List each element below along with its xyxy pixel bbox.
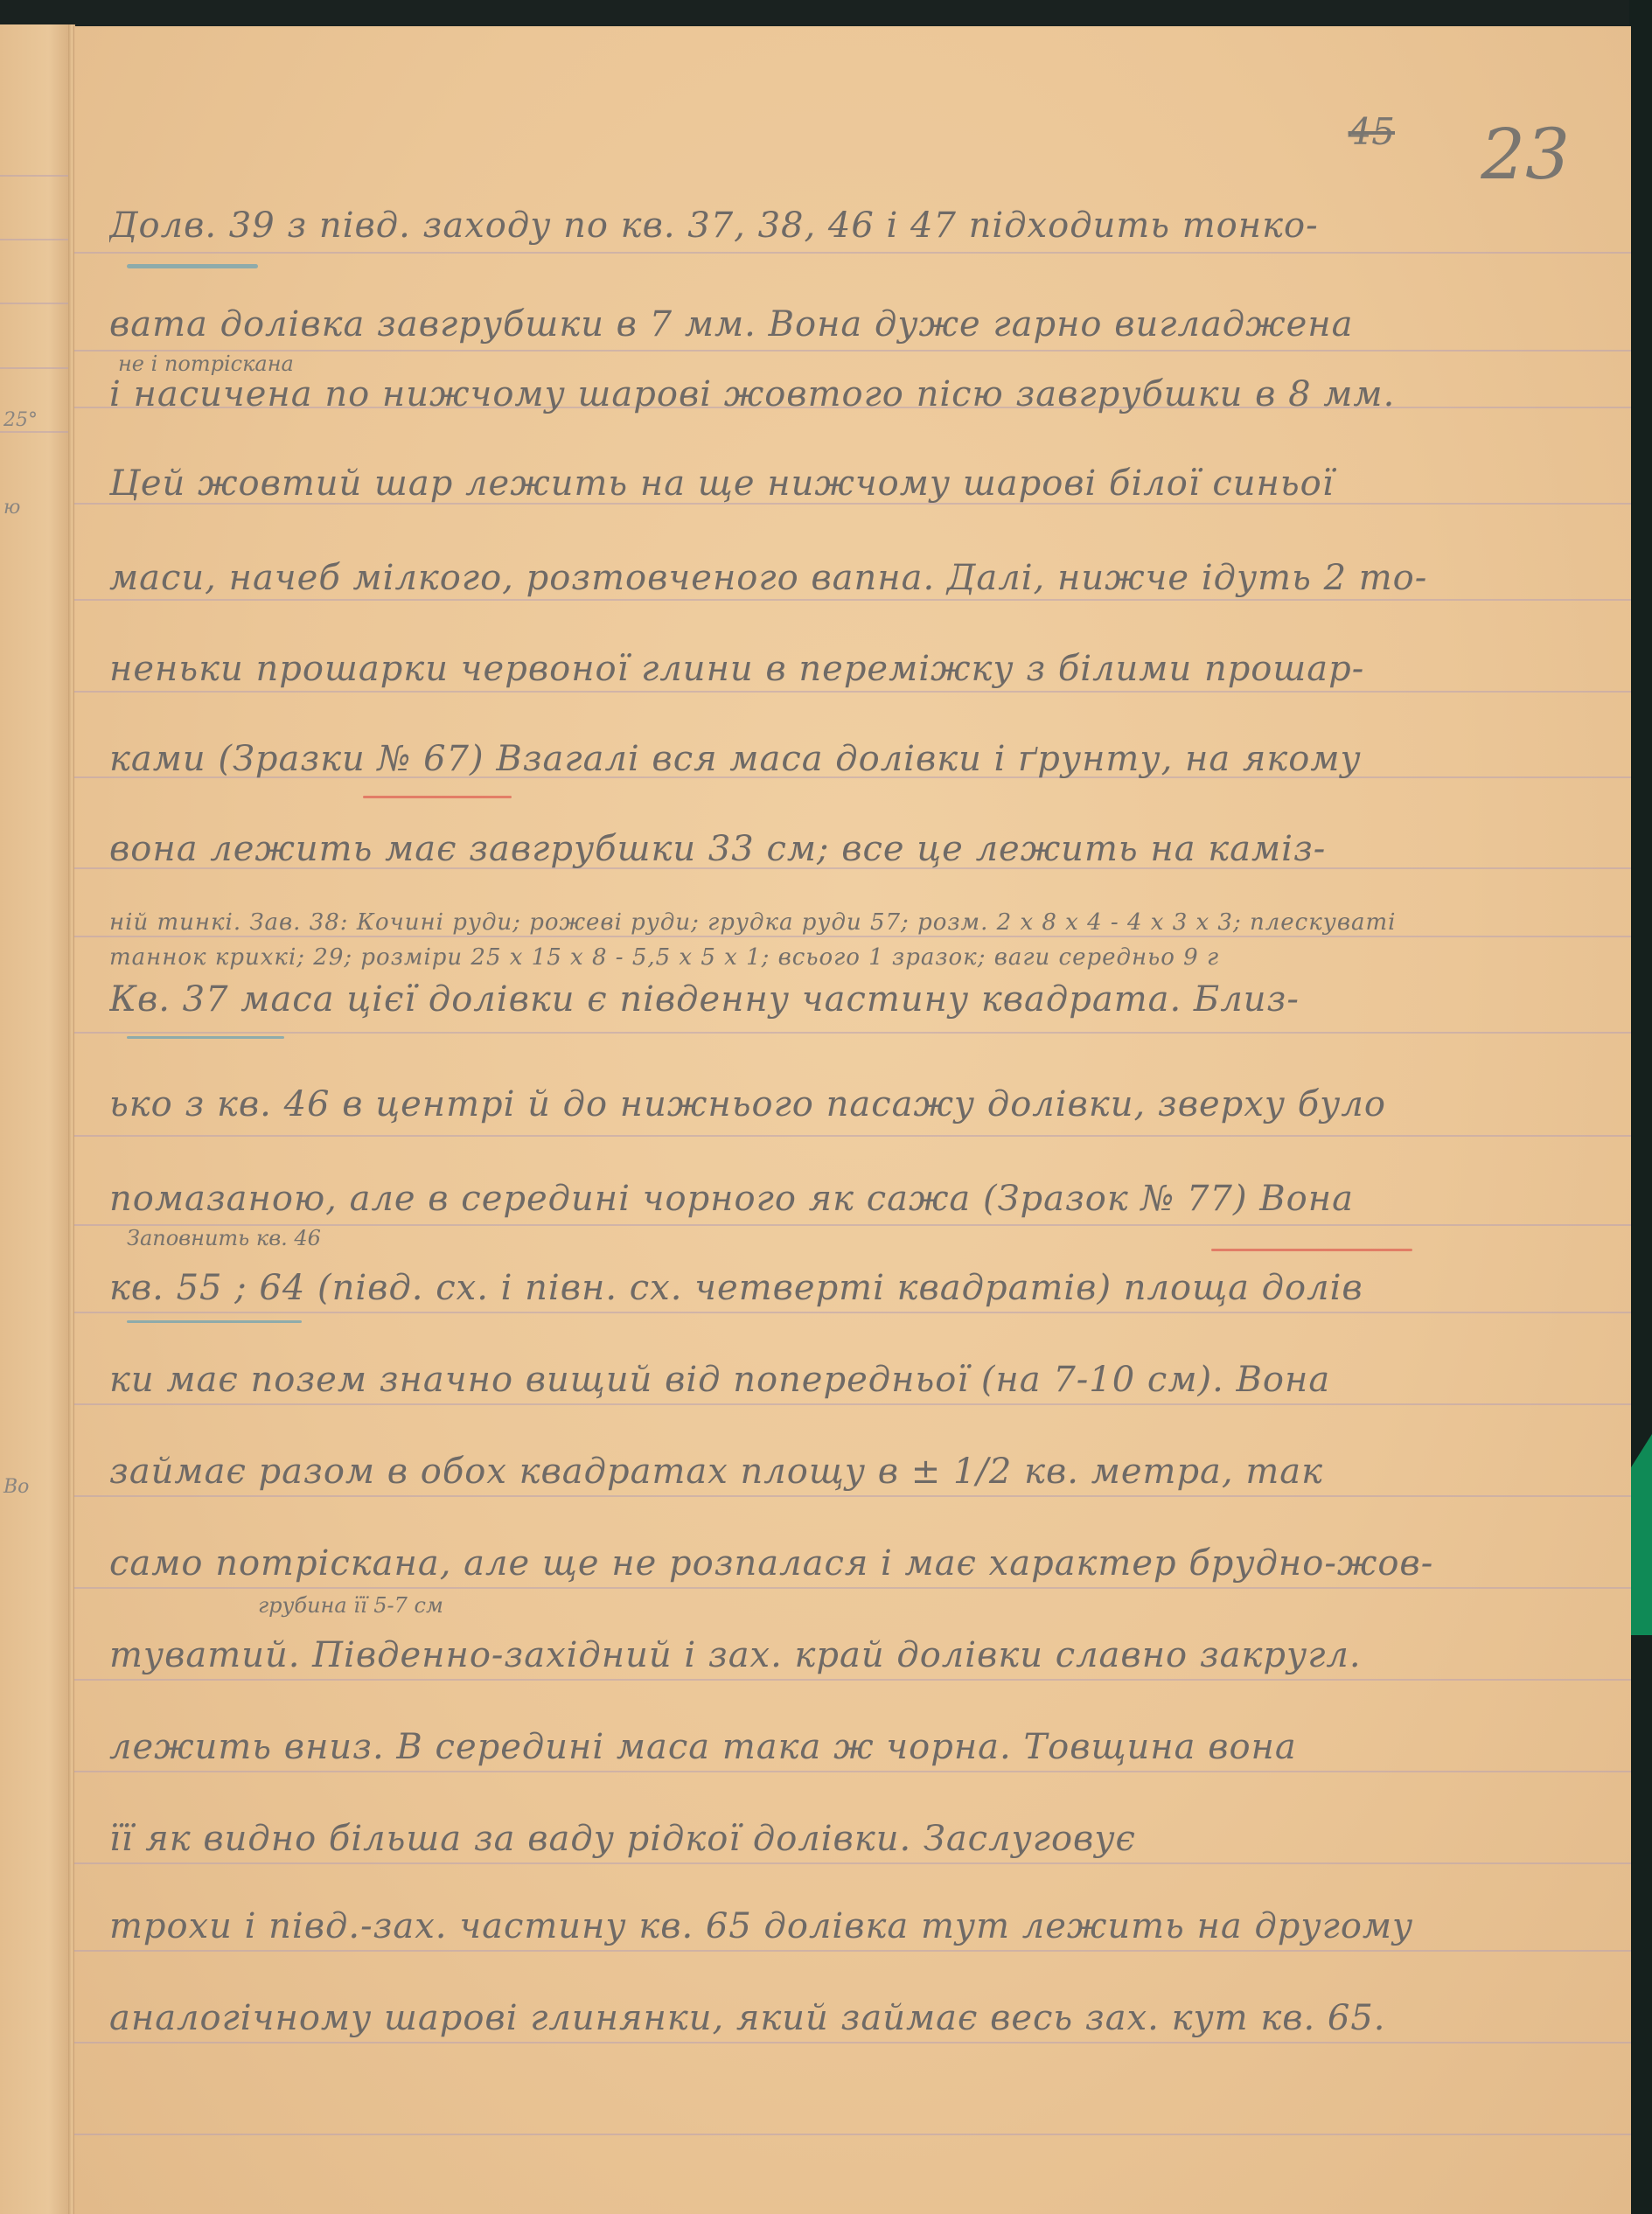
ruled-line [74, 1312, 1631, 1313]
ruled-line [74, 1032, 1631, 1034]
notebook-page: 45 23 Долв. 39 з півд. заходу по кв. 37,… [73, 26, 1631, 2214]
ruled-line [74, 252, 1631, 254]
ruled-line [74, 1950, 1631, 1952]
facing-page-edge: 25° ю Во [0, 24, 70, 2214]
text-line: ько з кв. 46 в центрі й до нижнього паса… [109, 1084, 1596, 1124]
text-line: трохи і півд.-зах. частину кв. 65 долівк… [109, 1906, 1596, 1946]
text-line: аналогічному шарові глинянки, який займа… [109, 1998, 1596, 2038]
old-page-number: 45 [1349, 110, 1395, 153]
ruled-line [0, 239, 70, 240]
ruled-line [74, 1771, 1631, 1772]
text-line: ками (Зразки № 67) Взагалі вся маса долі… [109, 739, 1596, 779]
text-line: ки має позем значно вищий від попередньо… [109, 1360, 1596, 1400]
text-line: Кв. 37 маса цієї долівки є південну част… [109, 979, 1596, 1020]
margin-fragment: ю [3, 497, 20, 519]
interlinear-note: Заповнить кв. 46 [127, 1226, 321, 1250]
page-number: 23 [1481, 114, 1570, 195]
ruled-line [74, 691, 1631, 693]
ruled-line [0, 367, 70, 369]
ruled-line [74, 1587, 1631, 1589]
ruled-line [0, 303, 70, 304]
scan-background-top [0, 0, 1652, 30]
blue-underline [127, 1320, 302, 1323]
text-line: її як видно більша за ваду рідкої долівк… [109, 1819, 1596, 1859]
text-line: кв. 55 ; 64 (півд. сх. і півн. сх. четве… [109, 1268, 1596, 1308]
ruled-line [74, 1135, 1631, 1137]
text-line: вата долівка завгрубшки в 7 мм. Вона дуж… [109, 304, 1596, 345]
text-line: само потріскана, але ще не розпалася і м… [109, 1543, 1596, 1584]
interlinear-note: не і потріскана [118, 352, 294, 376]
margin-fragment: Во [3, 1476, 29, 1498]
ruled-line [74, 350, 1631, 352]
text-line: займає разом в обох квадратах площу в ± … [109, 1452, 1596, 1492]
ruled-line [74, 1862, 1631, 1864]
ruled-line [0, 431, 70, 433]
text-line: ній тинкі. Зав. 38: Кочині руди; рожеві … [109, 909, 1596, 936]
text-line: Долв. 39 з півд. заходу по кв. 37, 38, 4… [109, 205, 1596, 246]
ruled-line [74, 1403, 1631, 1405]
margin-fragment: 25° [3, 409, 38, 431]
text-line: помазаною, але в середині чорного як саж… [109, 1179, 1596, 1219]
red-underline [1211, 1249, 1412, 1251]
interlinear-note: грубина її 5-7 см [258, 1593, 443, 1618]
red-underline [363, 796, 512, 798]
ruled-line [74, 936, 1631, 937]
blue-underline [127, 264, 258, 268]
ruled-line [74, 1679, 1631, 1681]
blue-underline [127, 1036, 284, 1039]
text-line: неньки прошарки червоної глини в переміж… [109, 649, 1596, 689]
text-line: маси, начеб мілкого, розтовченого вапна.… [109, 558, 1596, 598]
ruled-line [0, 175, 70, 177]
text-line: туватий. Південно-західний і зах. край д… [109, 1635, 1596, 1675]
ruled-line [74, 2134, 1631, 2135]
text-line: таннок крихкі; 29; розміри 25 х 15 х 8 -… [109, 944, 1596, 971]
ruled-line [74, 2042, 1631, 2043]
text-line: вона лежить має завгрубшки 33 см; все це… [109, 829, 1596, 869]
text-line: і насичена по нижчому шарові жовтого піс… [109, 374, 1596, 414]
text-line: Цей жовтий шар лежить на ще нижчому шаро… [109, 463, 1596, 504]
ruled-line [74, 1495, 1631, 1497]
scan-background-right [1629, 0, 1652, 2214]
text-line: лежить вниз. В середині маса така ж чорн… [109, 1727, 1596, 1767]
ruled-line [74, 599, 1631, 601]
